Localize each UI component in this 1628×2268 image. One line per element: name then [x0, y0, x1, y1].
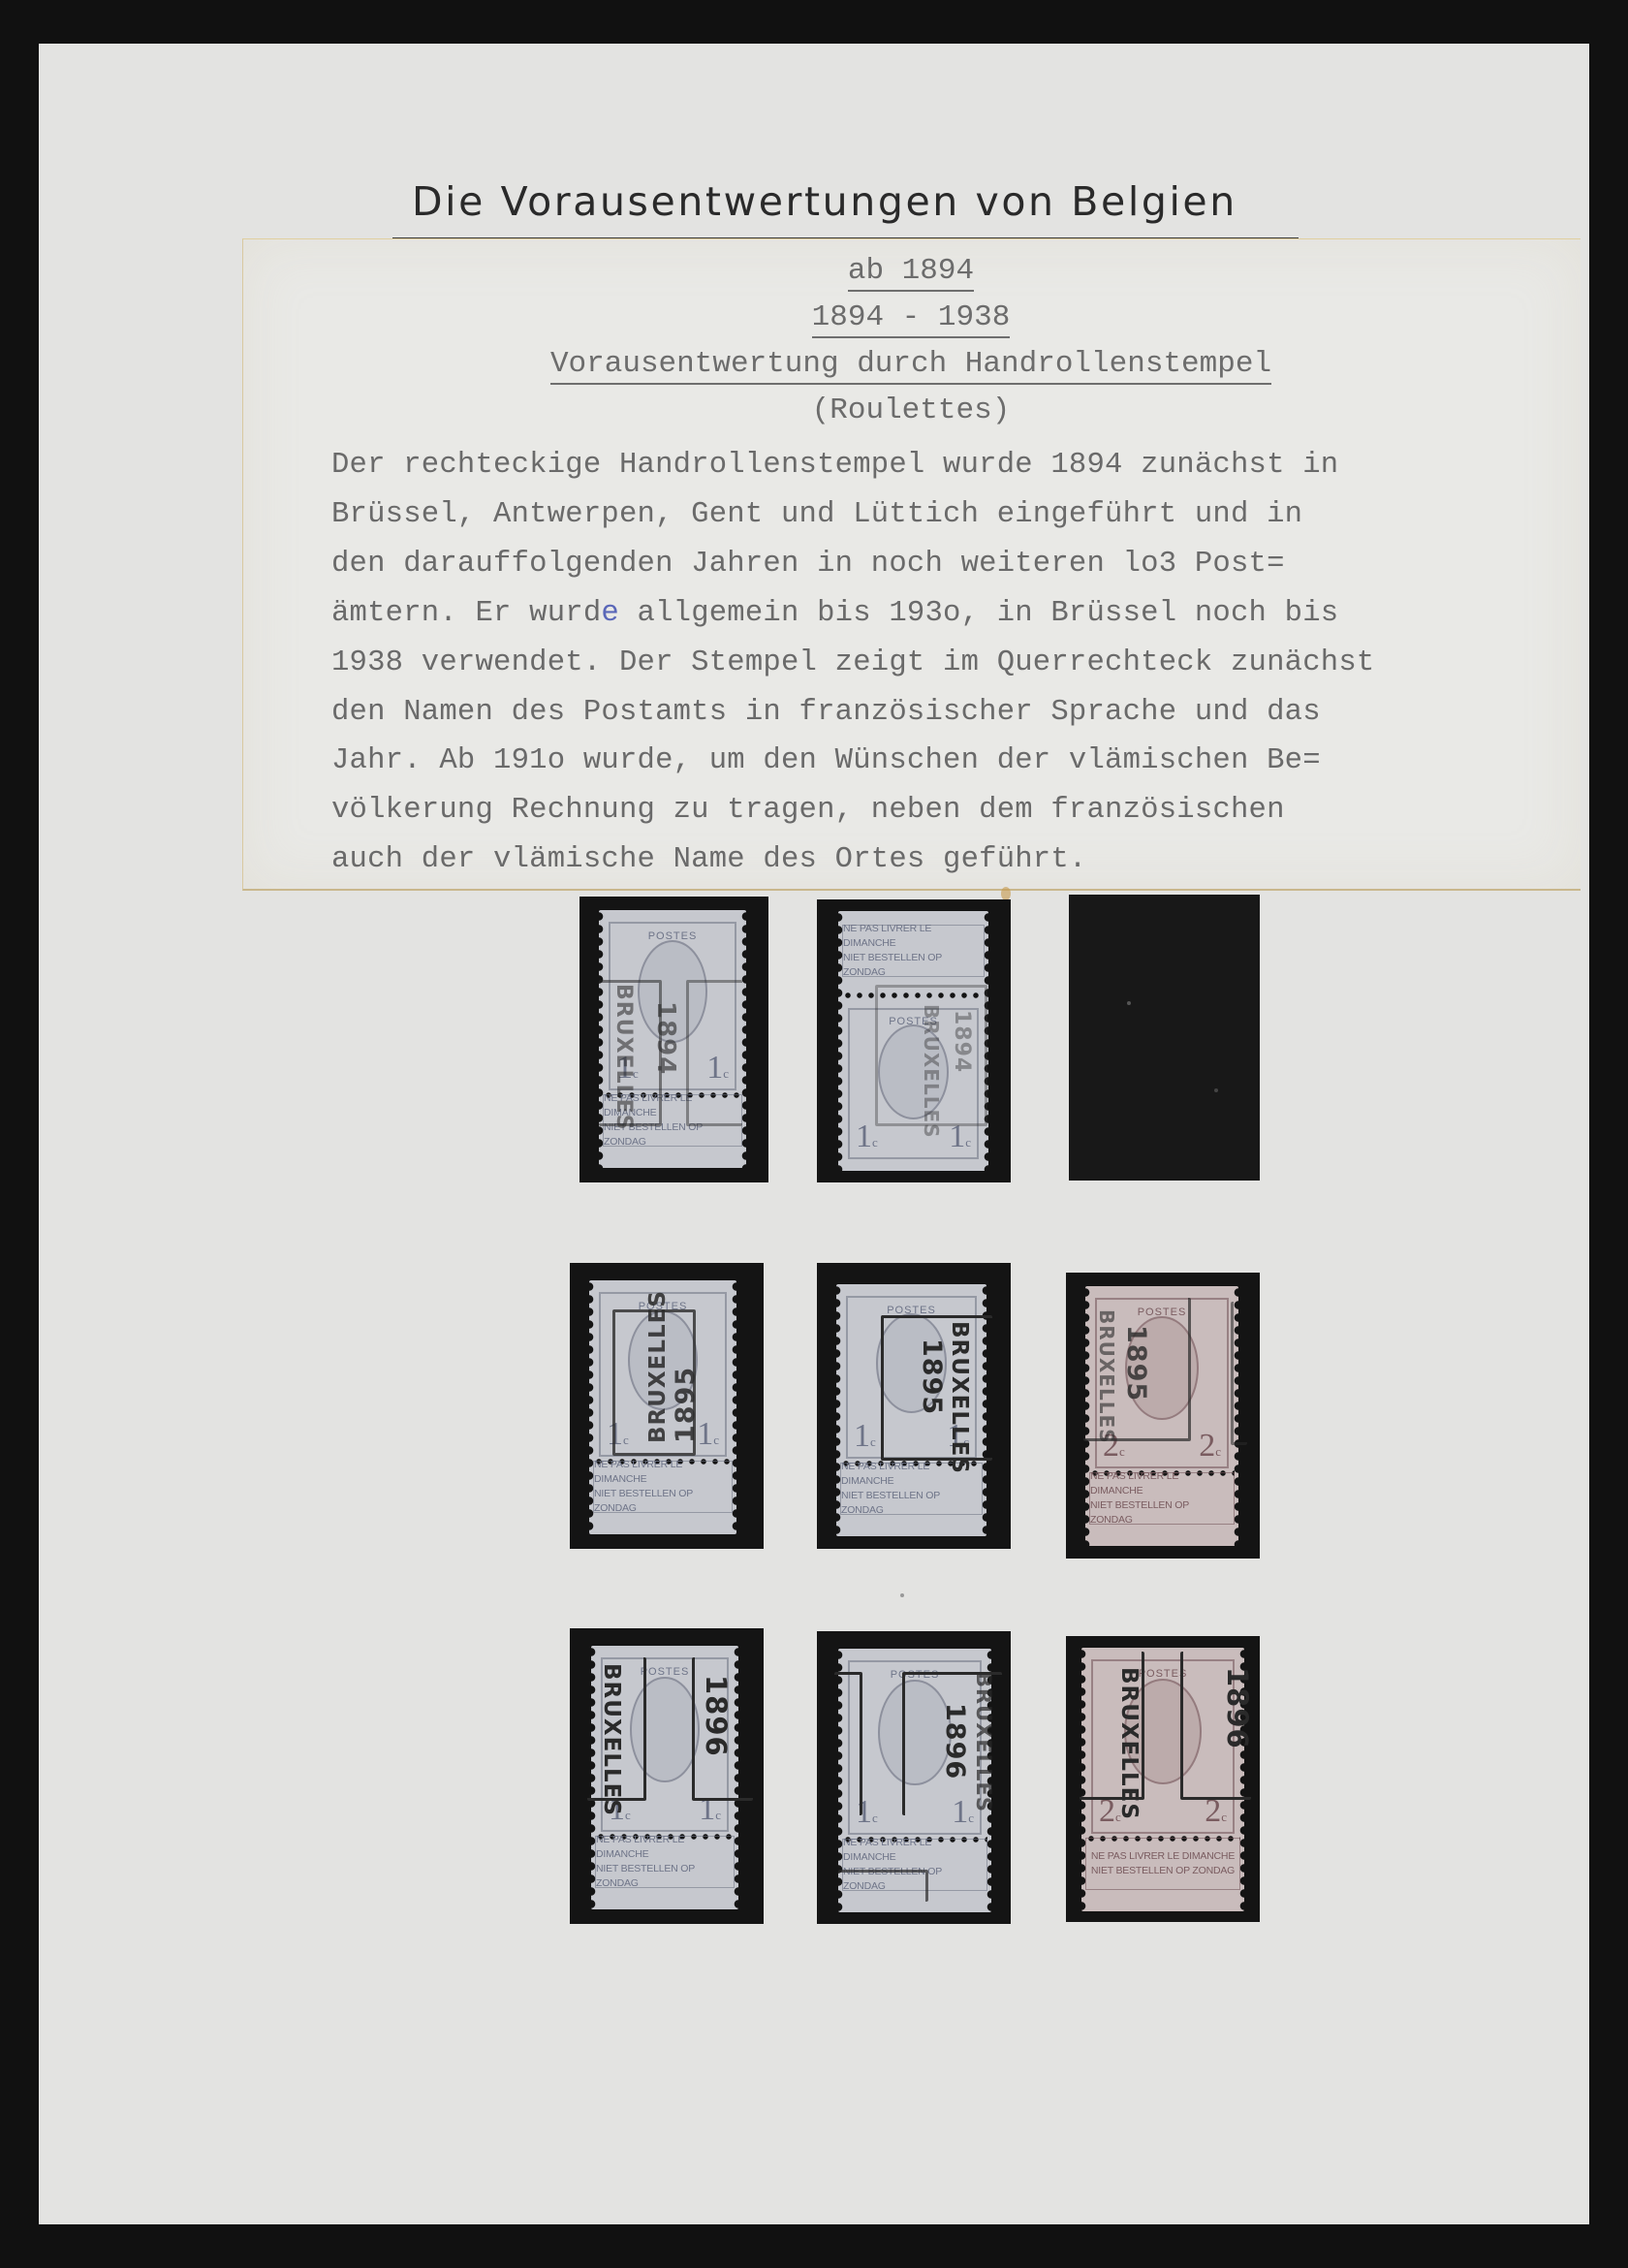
body-line: 1938 verwendet. Der Stempel zeigt im Que…	[331, 639, 1572, 688]
precancel-year: 1896	[700, 1675, 733, 1757]
precancel-city: BRUXELLES	[1095, 1309, 1118, 1444]
stamp-mount: POSTES 1c 1c NE PAS LIVRER LE DIMANCHENI…	[817, 1631, 1011, 1924]
body-line: Brüssel, Antwerpen, Gent und Lüttich ein…	[331, 490, 1572, 540]
sunday-tab: NE PAS LIVRER LE DIMANCHENIET BESTELLEN …	[1085, 1838, 1240, 1890]
stamp-r2c1[interactable]: POSTES 1c 1c NE PAS LIVRER LE DIMANCHENI…	[589, 1280, 736, 1534]
stamp-mount: POSTES 2c 2c NE PAS LIVRER LE DIMANCHENI…	[1066, 1636, 1260, 1922]
body-line: den darauffolgenden Jahren in noch weite…	[331, 540, 1572, 589]
stamp-r1c2[interactable]: NE PAS LIVRER LE DIMANCHENIET BESTELLEN …	[838, 911, 988, 1171]
page-title: Die Vorausentwertungen von Belgien	[412, 178, 1301, 225]
sunday-tab: NE PAS LIVRER LE DIMANCHENIET BESTELLEN …	[842, 925, 985, 977]
slip-period-range: 1894 - 1938	[242, 300, 1580, 334]
stamp-value-left: 1c	[854, 1420, 876, 1453]
stamp-value-right: 2c	[1199, 1430, 1221, 1463]
stamp-mount: POSTES 1c 1c NE PAS LIVRER LE DIMANCHENI…	[579, 897, 768, 1182]
sunday-tab: NE PAS LIVRER LE DIMANCHENIET BESTELLEN …	[595, 1836, 735, 1888]
body-line: Jahr. Ab 191o wurde, um den Wünschen der…	[331, 737, 1572, 786]
stamp-mount: POSTES 1c 1c NE PAS LIVRER LE DIMANCHENI…	[570, 1628, 764, 1924]
stamp-r2c2[interactable]: POSTES 1c 1c NE PAS LIVRER LE DIMANCHENI…	[836, 1284, 986, 1536]
dust-speck	[1127, 1001, 1131, 1005]
stamp-mount: NE PAS LIVRER LE DIMANCHENIET BESTELLEN …	[817, 899, 1011, 1182]
dust-speck	[1214, 1088, 1218, 1092]
stamp-mount: POSTES 1c 1c NE PAS LIVRER LE DIMANCHENI…	[817, 1263, 1011, 1549]
sunday-tab: NE PAS LIVRER LE DIMANCHENIET BESTELLEN …	[593, 1461, 733, 1513]
stamp-mount: POSTES 1c 1c NE PAS LIVRER LE DIMANCHENI…	[570, 1263, 764, 1549]
body-line-part: allgemein bis 193o, in Brüssel noch bis	[619, 597, 1338, 630]
precancel-year: 1895	[1121, 1325, 1151, 1402]
precancel-box	[1231, 1302, 1247, 1445]
stamp-value-right: 2c	[1205, 1795, 1227, 1828]
body-line-part: ämtern. Er wurd	[331, 597, 601, 630]
stamp-r1c1[interactable]: POSTES 1c 1c NE PAS LIVRER LE DIMANCHENI…	[599, 910, 746, 1168]
precancel-city: BRUXELLES	[972, 1672, 995, 1812]
sunday-tab: NE PAS LIVRER LE DIMANCHENIET BESTELLEN …	[1089, 1472, 1235, 1525]
stamp-r3c2[interactable]: POSTES 1c 1c NE PAS LIVRER LE DIMANCHENI…	[838, 1649, 991, 1912]
stamp-r2c3[interactable]: POSTES 2c 2c NE PAS LIVRER LE DIMANCHENI…	[1085, 1286, 1238, 1546]
empty-stamp-mount[interactable]	[1069, 895, 1260, 1181]
body-line: ämtern. Er wurde allgemein bis 193o, in …	[331, 589, 1572, 639]
precancel-city: BRUXELLES	[1116, 1667, 1142, 1820]
body-line: völkerung Rechnung zu tragen, neben dem …	[331, 786, 1572, 835]
precancel-box	[838, 1870, 928, 1902]
precancel-year: 1894	[950, 1010, 974, 1073]
precancel-year: 1896	[1221, 1667, 1254, 1749]
precancel-year: 1894	[651, 1001, 680, 1075]
slip-line-range: 1894 - 1938	[812, 300, 1011, 338]
slip-body-text: Der rechteckige Handrollenstempel wurde …	[331, 441, 1572, 885]
dust-speck	[900, 1593, 904, 1597]
stamp-r3c3[interactable]: POSTES 2c 2c NE PAS LIVRER LE DIMANCHENI…	[1081, 1648, 1244, 1911]
body-line-blue-letter: e	[601, 597, 619, 630]
body-line: den Namen des Postamts in französischer …	[331, 688, 1572, 738]
stamp-r3c1[interactable]: POSTES 1c 1c NE PAS LIVRER LE DIMANCHENI…	[591, 1646, 738, 1909]
slip-line-ab-1894: ab 1894	[848, 254, 974, 292]
slip-line-subtitle: Vorausentwertung durch Handrollenstempel	[550, 347, 1271, 385]
precancel-city: BRUXELLES	[920, 1004, 943, 1139]
precancel-year: 1896	[940, 1703, 970, 1780]
precancel-city: BRUXELLES	[599, 1663, 624, 1816]
precancel-year: 1895	[671, 1367, 701, 1443]
precancel-city: BRUXELLES	[947, 1321, 972, 1474]
slip-subtitle: Vorausentwertung durch Handrollenstempel	[242, 347, 1580, 381]
precancel-city: BRUXELLES	[645, 1290, 671, 1443]
precancel-city: BRUXELLES	[611, 984, 636, 1130]
slip-period-start: ab 1894	[242, 254, 1580, 288]
precancel-year: 1895	[917, 1339, 947, 1415]
slip-line-roulettes: (Roulettes)	[812, 394, 1011, 427]
precancel-box	[686, 980, 742, 1126]
body-line: Der rechteckige Handrollenstempel wurde …	[331, 441, 1572, 490]
precancel-box	[834, 1672, 862, 1815]
slip-roulettes: (Roulettes)	[242, 394, 1580, 427]
stamp-mount: POSTES 2c 2c NE PAS LIVRER LE DIMANCHENI…	[1066, 1273, 1260, 1559]
paper-stain	[1001, 887, 1011, 900]
body-line: auch der vlämische Name des Ortes geführ…	[331, 835, 1572, 885]
